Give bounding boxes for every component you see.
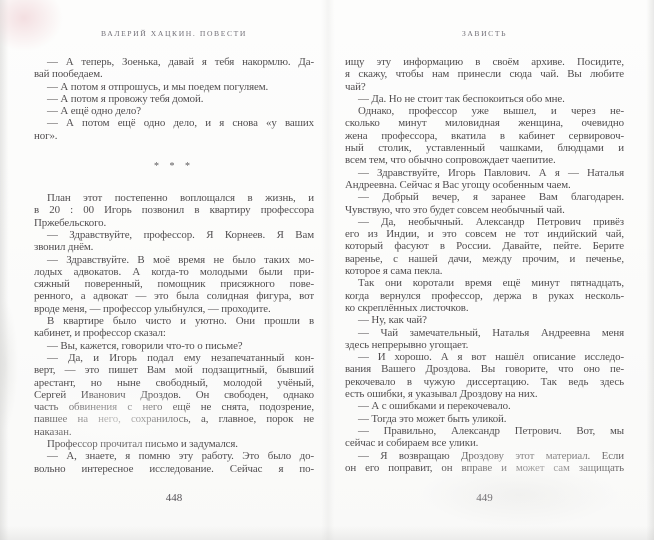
text-line: в 20 : 00 Игорь позвонил в квартиру проф… [34,204,314,216]
text-line: — Вы, кажется, говорили что-то о письме? [34,340,314,352]
page-left: ВАЛЕРИЙ ХАЦКИН. ПОВЕСТИ — А теперь, Зоен… [0,0,327,540]
text-line: — Ну, как чай? [345,314,624,326]
text-line: он его поправит, он вправе и может сам з… [345,462,624,474]
text-line: Так они коротали время ещё минут пятнадц… [345,277,624,289]
text-line: которое я сама пекла. [345,265,624,277]
text-line: — И хорошо. А я вот нашёл описание иссле… [345,351,624,363]
text-line: павшее на него, сохранилось, а, главное,… [34,413,314,425]
text-line: — Да, необычный. Александр Петрович прив… [345,216,624,228]
text-line: варенье, с нашей дачи, между прочим, и п… [345,253,624,265]
text-line: сколько минут миловидная женщина, очевид… [345,117,624,129]
page-number-right: 449 [345,492,624,506]
text-line: ренного, а адвокат — это была солидная ф… [34,290,314,302]
text-line: кабинет, и профессор сказал: [34,327,314,339]
text-line: рекочевало в чужую диссертацию. Так ведь… [345,376,624,388]
text-line: ищу эту информацию в своём архиве. Посид… [345,56,624,68]
page-right: ЗАВИСТЬ ищу эту информацию в своём архив… [327,0,654,540]
text-line: сейчас и собираем все улики. [345,437,624,449]
book-spread: ВАЛЕРИЙ ХАЦКИН. ПОВЕСТИ — А теперь, Зоен… [0,0,654,540]
text-line: * * * [34,142,314,192]
text-line: — А с ошибками и перекочевало. [345,400,624,412]
text-line: вай пообедаем. [34,68,314,80]
text-line: — А потом ещё одно дело, и я снова «у ва… [34,117,314,129]
text-line: чай? [345,81,624,93]
text-line: часть обвинения с него ещё не снята, под… [34,401,314,413]
running-header-left: ВАЛЕРИЙ ХАЦКИН. ПОВЕСТИ [34,29,314,40]
text-line: Пржебельского. [34,217,314,229]
text-line: — А потом я отпрошусь, и мы поедем погул… [34,81,314,93]
text-line: лодых адвокатов. А когда-то молодыми был… [34,266,314,278]
text-line: В квартире было чисто и уютно. Они прошл… [34,315,314,327]
text-line: — А ещё одно дело? [34,105,314,117]
text-line: когда вернулся профессор, держа в руках … [345,290,624,302]
text-line: вроде меня, — профессор улыбнулся, — про… [34,303,314,315]
text-line: есть ошибки, я указывал Дроздову на них. [345,388,624,400]
text-line: — А потом я провожу тебя домой. [34,93,314,105]
text-line: здесь непрерывно угощает. [345,339,624,351]
text-line: жена профессора, вкатила в кабинет серви… [345,130,624,142]
text-line: Андреевна. Сейчас я Вас угощу особенным … [345,179,624,191]
text-line: — Добрый вечер, я заранее Вам благодарен… [345,191,624,203]
text-line: — Я возвращаю Дроздову этот материал. Ес… [345,450,624,462]
page-number-left: 448 [34,492,314,506]
text-line: сяжный поверенный, помощник присяжного п… [34,278,314,290]
text-line: — Здравствуйте, профессор. Я Корнеев. Я … [34,229,314,241]
text-line: — А теперь, Зоенька, давай я тебя накорм… [34,56,314,68]
text-line: — Да. Но не стоит так беспокоиться обо м… [345,93,624,105]
text-line: — Здравствуйте. В моё время не было таки… [34,254,314,266]
text-line: который фасуют в России. Давайте, пейте.… [345,240,624,252]
text-line: — Правильно, Александр Петрович. Вот, мы [345,425,624,437]
text-line: ный столик, уставленный чашками, блюдцам… [345,142,624,154]
text-block-left: — А теперь, Зоенька, давай я тебя накорм… [34,56,314,475]
text-line: — Да, и Игорь подал ему незапечатанный к… [34,352,314,364]
text-line: Сергей Иванович Дроздов. Он свободен, од… [34,389,314,401]
text-line: я скажу, чтобы нам принесли сюда чай. Вы… [345,68,624,80]
text-line: ног». [34,130,314,142]
text-line: вания Вашего Дроздова. Вы говорите, что … [345,363,624,375]
running-header-right: ЗАВИСТЬ [345,29,624,40]
text-line: План этот постепенно воплощался в жизнь,… [34,192,314,204]
text-line: арестант, но ныне свободный, молодой учё… [34,377,314,389]
text-line: — Здравствуйте, Игорь Павлович. А я — На… [345,167,624,179]
text-line: наказан. [34,426,314,438]
text-line: всем тем, что обычно сопровождает чаепит… [345,154,624,166]
text-line: — Тогда это может быть уликой. [345,413,624,425]
text-line: Профессор прочитал письмо и задумался. [34,438,314,450]
text-line: — А, знаете, я помню эту работу. Это был… [34,450,314,462]
text-line: Чувствую, что это будет совсем необычный… [345,204,624,216]
text-line: его из Индии, и это совсем не тот индийс… [345,228,624,240]
text-line: Однако, профессор уже вышел, и через не- [345,105,624,117]
text-line: ко скреплённых листочков. [345,302,624,314]
text-line: звонил днём. [34,241,314,253]
text-line: — Чай замечательный, Наталья Андреевна м… [345,327,624,339]
text-line: верт, — это пишет Вам мой подзащитный, б… [34,364,314,376]
text-block-right: ищу эту информацию в своём архиве. Посид… [345,56,624,474]
text-line: вольно интересное исследование. Сейчас я… [34,463,314,475]
